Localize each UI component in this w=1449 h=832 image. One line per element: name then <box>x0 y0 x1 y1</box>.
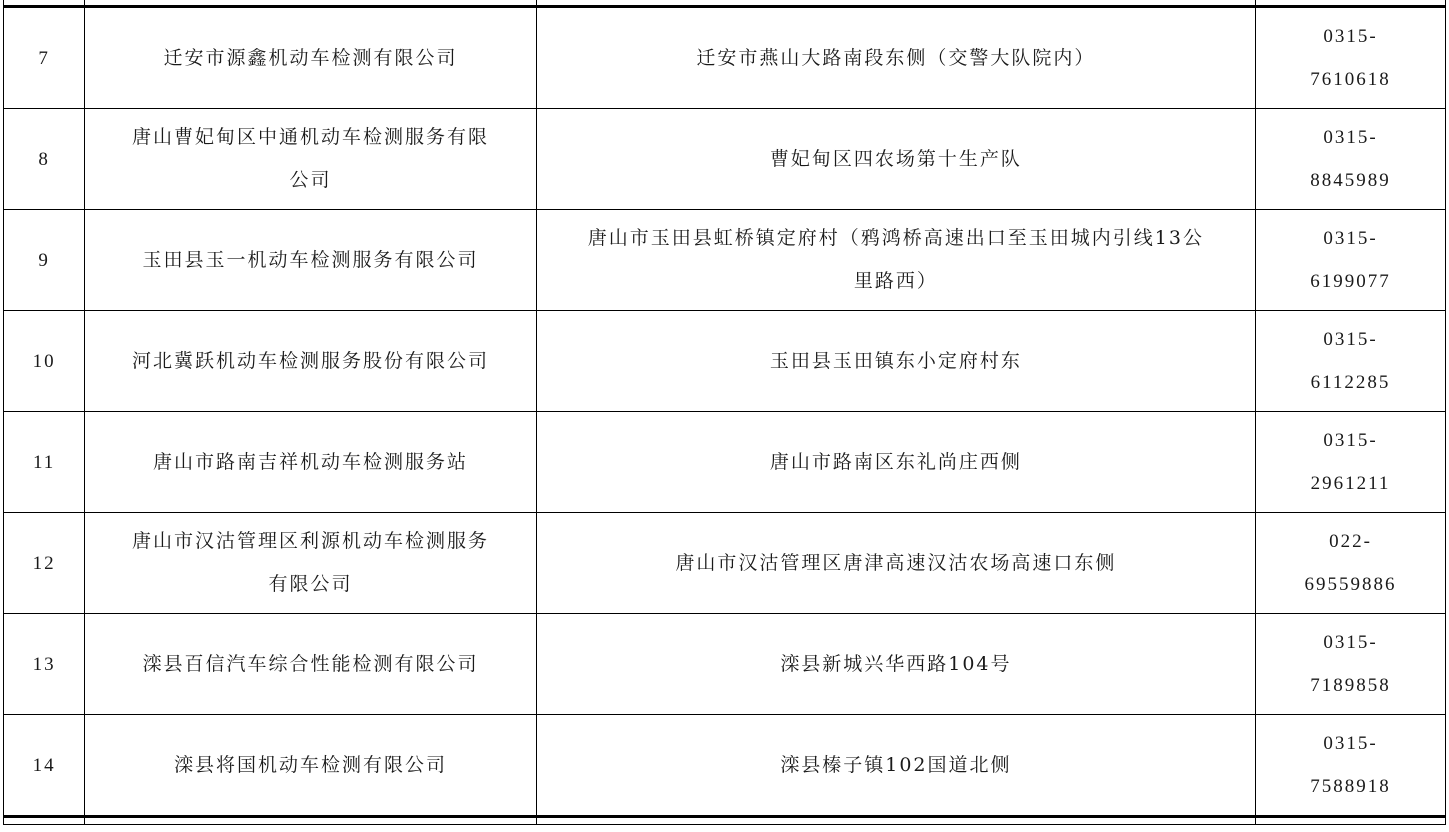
address: 玉田县玉田镇东小定府村东 <box>770 340 1022 383</box>
row-number: 10 <box>4 311 85 412</box>
phone-cell: 0315- 7610618 <box>1256 7 1446 109</box>
company-name: 唐山市汉沽管理区利源机动车检测服务有限公司 <box>130 520 490 606</box>
phone-number: 8845989 <box>1266 159 1435 202</box>
address-cell: 曹妃甸区四农场第十生产队 <box>536 109 1255 210</box>
address: 唐山市汉沽管理区唐津高速汉沽农场高速口东侧 <box>675 542 1116 585</box>
document-page: 7 迁安市源鑫机动车检测有限公司 迁安市燕山大路南段东侧（交警大队院内） 031… <box>3 0 1446 825</box>
table-row: 12 唐山市汉沽管理区利源机动车检测服务有限公司 唐山市汉沽管理区唐津高速汉沽农… <box>4 513 1446 614</box>
address: 唐山市路南区东礼尚庄西侧 <box>770 441 1022 484</box>
address: 唐山市玉田县虹桥镇定府村（鸦鸿桥高速出口至玉田城内引线13公里路西） <box>586 217 1206 303</box>
address: 迁安市燕山大路南段东侧（交警大队院内） <box>696 37 1095 80</box>
address: 滦县新城兴华西路104号 <box>780 643 1011 686</box>
phone-number: 7588918 <box>1266 765 1435 808</box>
company-name-cell: 滦县百信汽车综合性能检测有限公司 <box>85 614 536 715</box>
table-row: 9 玉田县玉一机动车检测服务有限公司 唐山市玉田县虹桥镇定府村（鸦鸿桥高速出口至… <box>4 210 1446 311</box>
phone-area-code: 0315- <box>1266 217 1435 260</box>
phone-number: 7610618 <box>1266 58 1435 101</box>
company-name-cell: 唐山曹妃甸区中通机动车检测服务有限公司 <box>85 109 536 210</box>
address: 滦县榛子镇102国道北侧 <box>780 744 1011 787</box>
address-cell: 玉田县玉田镇东小定府村东 <box>536 311 1255 412</box>
phone-cell: 0315- 2961211 <box>1256 412 1446 513</box>
table-row: 7 迁安市源鑫机动车检测有限公司 迁安市燕山大路南段东侧（交警大队院内） 031… <box>4 7 1446 109</box>
company-name: 滦县百信汽车综合性能检测有限公司 <box>142 643 478 686</box>
address-cell: 滦县榛子镇102国道北侧 <box>536 715 1255 817</box>
company-name: 唐山市路南吉祥机动车检测服务站 <box>153 441 468 484</box>
address: 曹妃甸区四农场第十生产队 <box>770 138 1022 181</box>
address-cell: 唐山市汉沽管理区唐津高速汉沽农场高速口东侧 <box>536 513 1255 614</box>
company-name: 唐山曹妃甸区中通机动车检测服务有限公司 <box>130 116 490 202</box>
phone-area-code: 0315- <box>1266 419 1435 462</box>
phone-area-code: 0315- <box>1266 15 1435 58</box>
phone-number: 69559886 <box>1266 563 1435 606</box>
company-name: 河北冀跃机动车检测服务股份有限公司 <box>132 340 489 383</box>
row-number: 7 <box>4 7 85 109</box>
address-cell: 迁安市燕山大路南段东侧（交警大队院内） <box>536 7 1255 109</box>
company-name: 玉田县玉一机动车检测服务有限公司 <box>142 239 478 282</box>
address-cell: 滦县新城兴华西路104号 <box>536 614 1255 715</box>
phone-cell: 0315- 6112285 <box>1256 311 1446 412</box>
row-number: 11 <box>4 412 85 513</box>
company-name: 迁安市源鑫机动车检测有限公司 <box>163 37 457 80</box>
address-cell: 唐山市路南区东礼尚庄西侧 <box>536 412 1255 513</box>
table-row: 11 唐山市路南吉祥机动车检测服务站 唐山市路南区东礼尚庄西侧 0315- 29… <box>4 412 1446 513</box>
phone-number: 7189858 <box>1266 664 1435 707</box>
company-name: 滦县将国机动车检测有限公司 <box>174 744 447 787</box>
phone-cell: 0315- 6199077 <box>1256 210 1446 311</box>
phone-area-code: 022- <box>1266 520 1435 563</box>
company-name-cell: 迁安市源鑫机动车检测有限公司 <box>85 7 536 109</box>
phone-number: 2961211 <box>1266 462 1435 505</box>
phone-area-code: 0315- <box>1266 116 1435 159</box>
phone-cell: 0315- 8845989 <box>1256 109 1446 210</box>
table-row: 8 唐山曹妃甸区中通机动车检测服务有限公司 曹妃甸区四农场第十生产队 0315-… <box>4 109 1446 210</box>
phone-number: 6112285 <box>1266 361 1435 404</box>
phone-cell: 0315- 7588918 <box>1256 715 1446 817</box>
table-row: 10 河北冀跃机动车检测服务股份有限公司 玉田县玉田镇东小定府村东 0315- … <box>4 311 1446 412</box>
phone-area-code: 0315- <box>1266 621 1435 664</box>
row-number: 12 <box>4 513 85 614</box>
phone-number: 6199077 <box>1266 260 1435 303</box>
company-name-cell: 滦县将国机动车检测有限公司 <box>85 715 536 817</box>
row-number: 9 <box>4 210 85 311</box>
table-row: 13 滦县百信汽车综合性能检测有限公司 滦县新城兴华西路104号 0315- 7… <box>4 614 1446 715</box>
row-number: 14 <box>4 715 85 817</box>
row-number: 8 <box>4 109 85 210</box>
phone-cell: 022- 69559886 <box>1256 513 1446 614</box>
company-name-cell: 河北冀跃机动车检测服务股份有限公司 <box>85 311 536 412</box>
table-row: 14 滦县将国机动车检测有限公司 滦县榛子镇102国道北侧 0315- 7588… <box>4 715 1446 817</box>
phone-area-code: 0315- <box>1266 722 1435 765</box>
company-name-cell: 唐山市路南吉祥机动车检测服务站 <box>85 412 536 513</box>
next-row-edge <box>4 817 1446 825</box>
inspection-station-table: 7 迁安市源鑫机动车检测有限公司 迁安市燕山大路南段东侧（交警大队院内） 031… <box>3 0 1446 825</box>
phone-cell: 0315- 7189858 <box>1256 614 1446 715</box>
address-cell: 唐山市玉田县虹桥镇定府村（鸦鸿桥高速出口至玉田城内引线13公里路西） <box>536 210 1255 311</box>
company-name-cell: 玉田县玉一机动车检测服务有限公司 <box>85 210 536 311</box>
row-number: 13 <box>4 614 85 715</box>
company-name-cell: 唐山市汉沽管理区利源机动车检测服务有限公司 <box>85 513 536 614</box>
phone-area-code: 0315- <box>1266 318 1435 361</box>
